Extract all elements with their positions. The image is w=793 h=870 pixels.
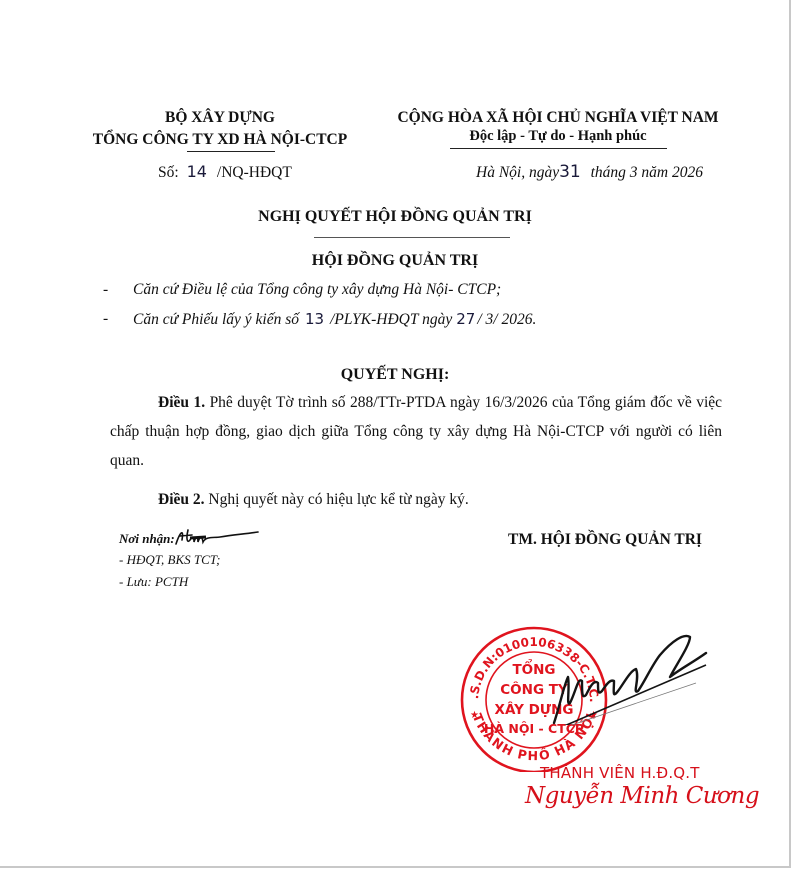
basis-item: - Căn cứ Điều lệ của Tổng công ty xây dự… <box>133 281 501 299</box>
svg-text:★: ★ <box>470 710 479 721</box>
board-title: HỘI ĐỒNG QUẢN TRỊ <box>160 252 630 270</box>
article-label: Điều 1. <box>158 394 205 411</box>
document-page: BỘ XÂY DỰNG TỔNG CÔNG TY XD HÀ NỘI-CTCP … <box>0 0 791 868</box>
member-name: Nguyễn Minh Cương <box>525 783 759 809</box>
article-text: Nghị quyết này có hiệu lực kể từ ngày ký… <box>208 491 468 508</box>
decision-title: QUYẾT NGHỊ: <box>160 366 630 384</box>
document-number-suffix: /NQ-HĐQT <box>217 164 292 181</box>
motto-underline <box>450 148 667 149</box>
basis-text: Căn cứ Điều lệ của Tổng công ty xây dựng… <box>133 281 501 298</box>
title-underline <box>314 237 510 238</box>
date-prefix: Hà Nội, ngày <box>476 164 559 181</box>
date-suffix: tháng 3 năm 2026 <box>591 164 703 181</box>
bullet-dash: - <box>103 281 108 299</box>
on-behalf-title: TM. HỘI ĐỒNG QUẢN TRỊ <box>480 531 730 549</box>
document-number: Số: 14/NQ-HĐQT <box>158 162 292 182</box>
article-2: Điều 2. Nghị quyết này có hiệu lực kể từ… <box>158 485 469 514</box>
company-name: TỔNG CÔNG TY XD HÀ NỘI-CTCP <box>88 131 352 149</box>
recipients-label: Nơi nhận: <box>119 531 175 547</box>
recipient-item: - HĐQT, BKS TCT; <box>119 552 221 568</box>
document-number-handwritten: 14 <box>183 162 217 181</box>
opinion-form-number-handwritten: 13 <box>299 310 330 328</box>
initial-signature-icon <box>170 522 260 552</box>
bullet-dash: - <box>103 310 108 328</box>
recipient-item: - Lưu: PCTH <box>119 574 188 590</box>
opinion-form-day-handwritten: 27 <box>452 310 477 328</box>
document-number-prefix: Số: <box>158 164 179 181</box>
member-title: THÀNH VIÊN H.Đ.Q.T <box>540 764 700 782</box>
resolution-title: NGHỊ QUYẾT HỘI ĐỒNG QUẢN TRỊ <box>160 208 630 226</box>
basis-text-a: Căn cứ Phiếu lấy ý kiến số <box>133 311 299 328</box>
handwritten-signature-icon <box>520 625 720 725</box>
basis-item: - Căn cứ Phiếu lấy ý kiến số13/PLYK-HĐQT… <box>133 310 536 329</box>
company-underline <box>187 151 275 152</box>
issue-date: Hà Nội, ngày31 tháng 3 năm 2026 <box>476 162 703 182</box>
article-label: Điều 2. <box>158 491 205 508</box>
basis-text-b: /PLYK-HĐQT ngày <box>330 311 452 328</box>
article-1: Điều 1. Phê duyệt Tờ trình số 288/TTr-PT… <box>110 388 722 475</box>
national-motto: Độc lập - Tự do - Hạnh phúc <box>440 128 676 145</box>
basis-text-c: / 3/ 2026. <box>477 311 536 328</box>
ministry-name: BỘ XÂY DỰNG <box>100 109 340 127</box>
country-name: CỘNG HÒA XÃ HỘI CHỦ NGHĨA VIỆT NAM <box>396 109 720 127</box>
date-day-handwritten: 31 <box>559 162 587 182</box>
